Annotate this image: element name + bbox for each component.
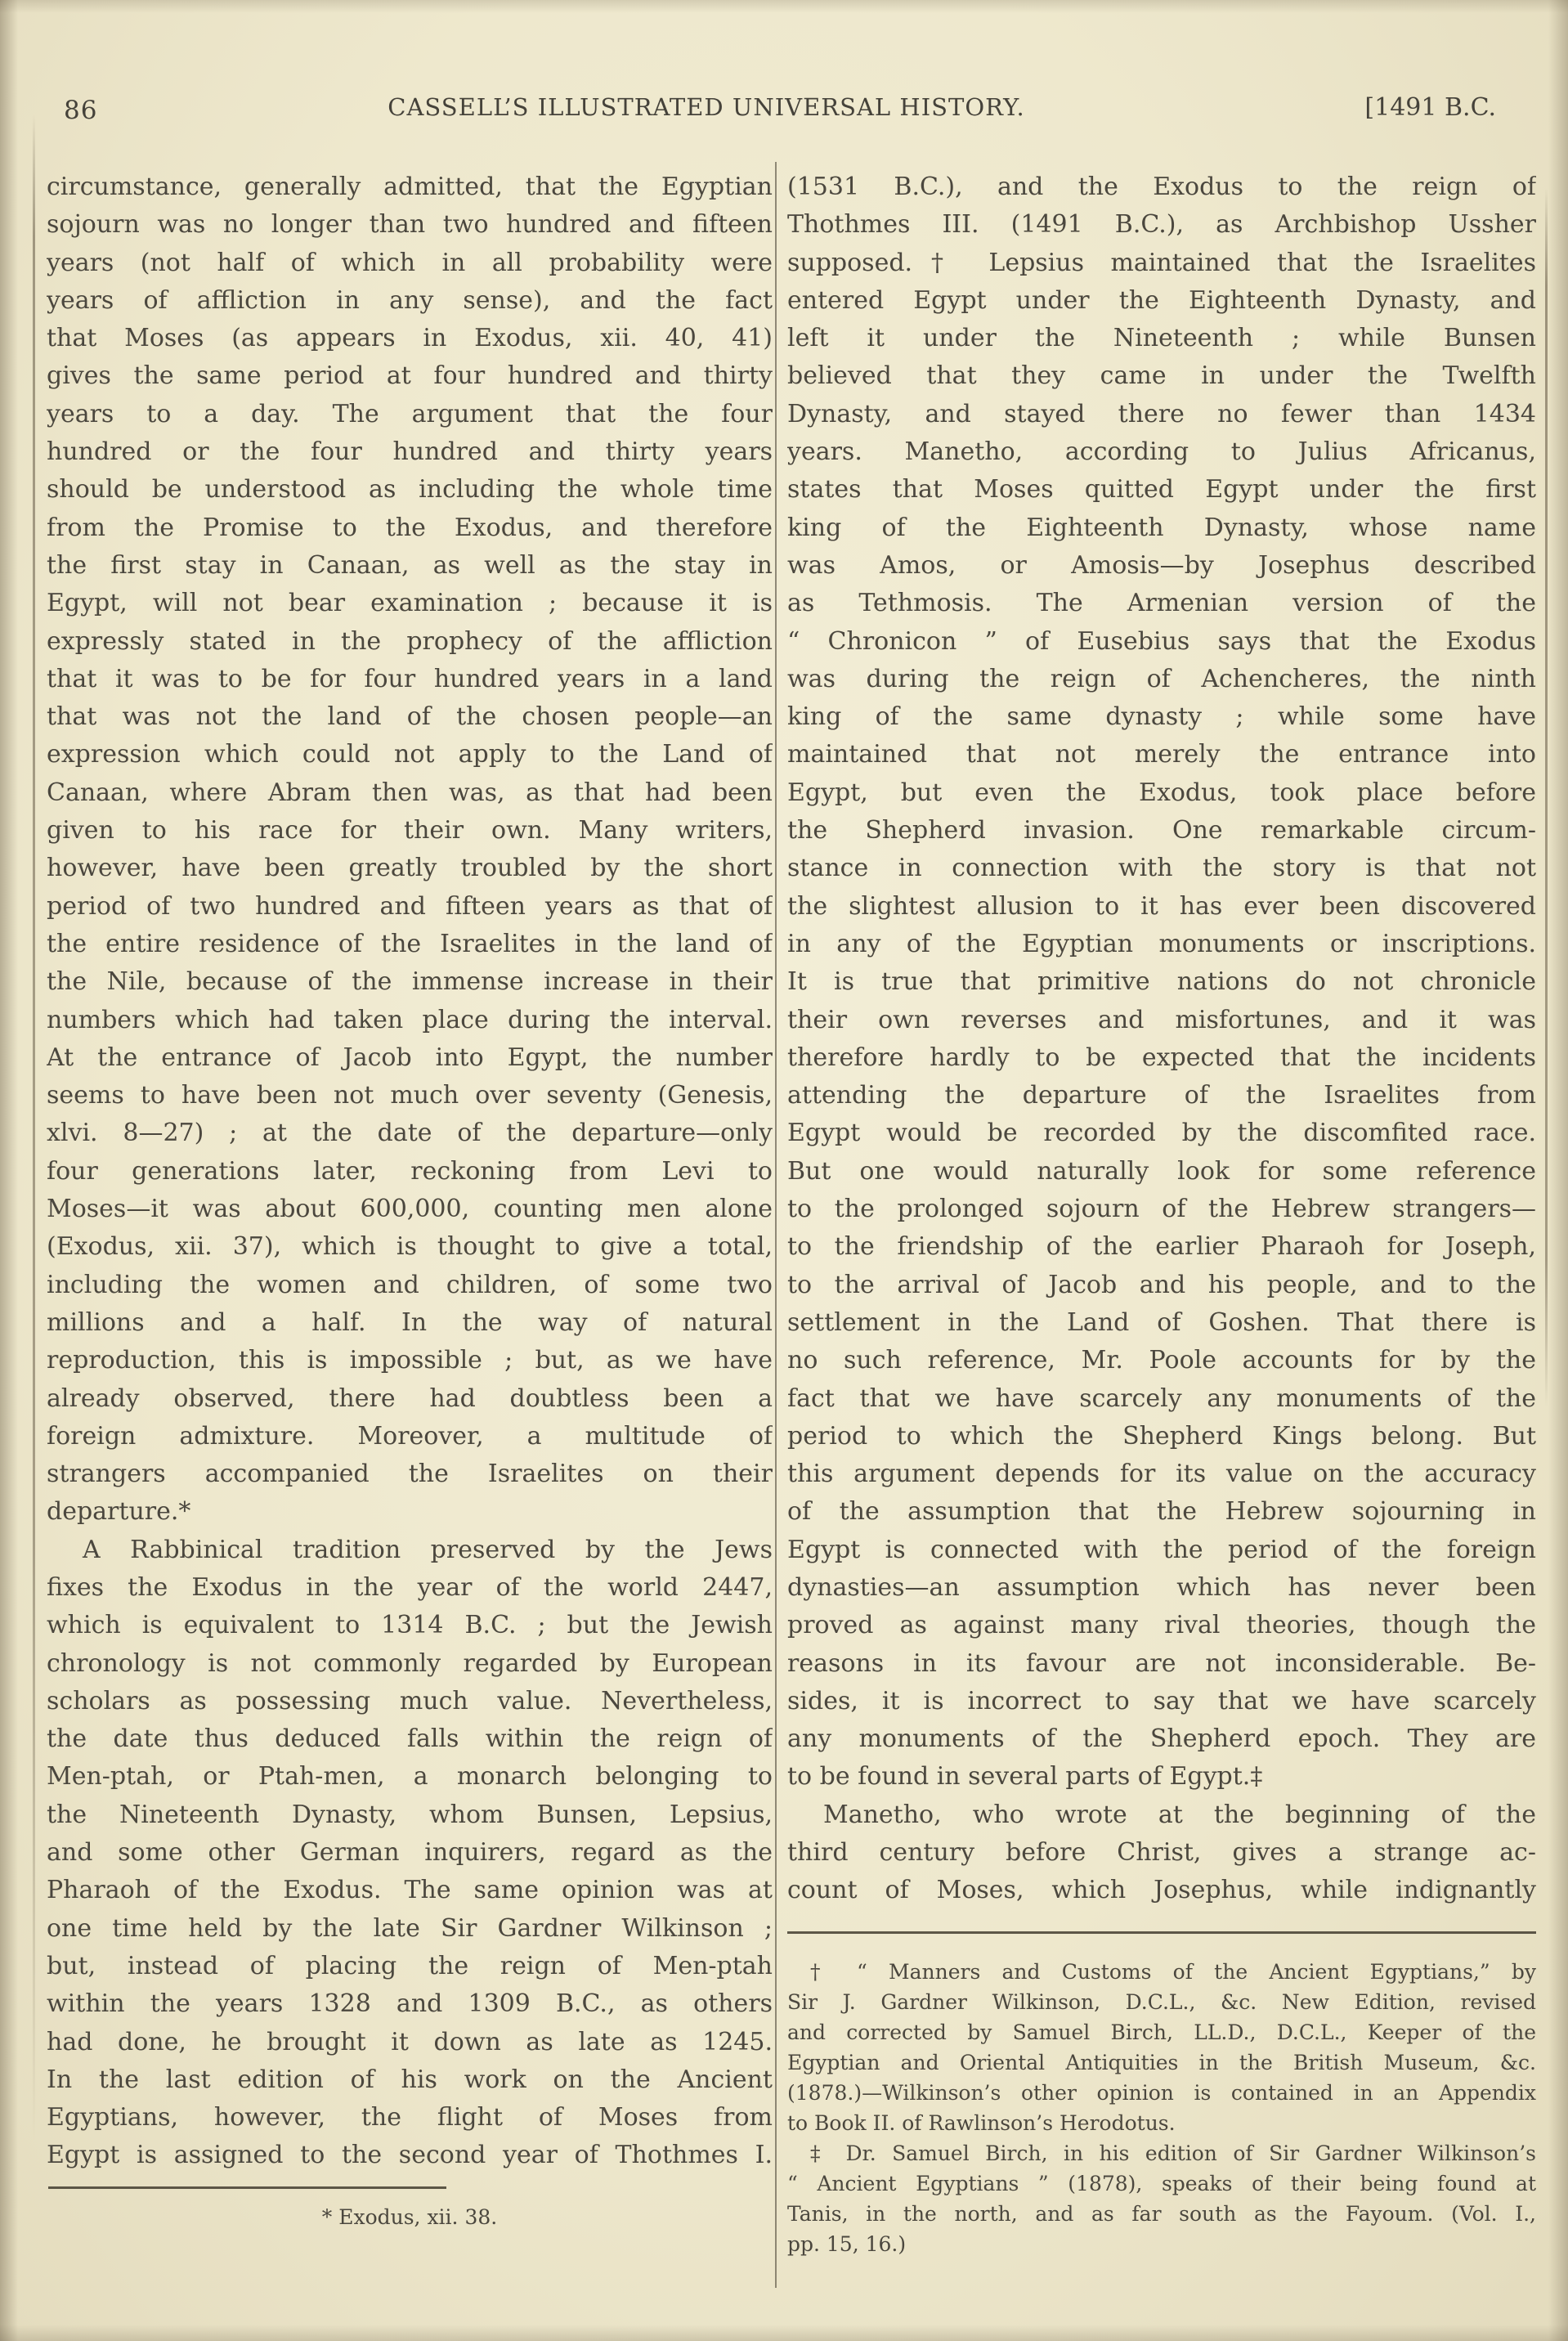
text-line: entered Egypt under the Eighteenth Dynas… (787, 282, 1536, 320)
text-line: Men-ptah, or Ptah-men, a monarch belongi… (47, 1758, 773, 1796)
footnote-line: and corrected by Samuel Birch, LL.D., D.… (787, 2017, 1536, 2047)
text-line: Egyptians, however, the flight of Moses … (47, 2099, 773, 2137)
running-header: 86 CASSELL’S ILLUSTRATED UNIVERSAL HISTO… (0, 92, 1568, 128)
page-right-edge-line (1545, 188, 1548, 1406)
left-footnote-rule (48, 2186, 446, 2189)
text-line: circumstance, generally admitted, that t… (47, 168, 773, 206)
column-divider-rule (775, 162, 777, 2288)
text-line: therefore hardly to be expected that the… (787, 1039, 1536, 1077)
text-line: Egypt is connected with the period of th… (787, 1532, 1536, 1569)
text-line: any monuments of the Shepherd epoch. The… (787, 1720, 1536, 1758)
text-line: supposed.† Lepsius maintained that the I… (787, 244, 1536, 282)
page-right-shadow (1548, 0, 1568, 2341)
page-left-shadow (0, 0, 18, 2341)
book-page: 86 CASSELL’S ILLUSTRATED UNIVERSAL HISTO… (0, 0, 1568, 2341)
text-line: fact that we have scarcely any monuments… (787, 1380, 1536, 1418)
text-line: attending the departure of the Israelite… (787, 1077, 1536, 1114)
text-line: Egypt is assigned to the second year of … (47, 2137, 773, 2174)
footnote-line: “ Ancient Egyptians ” (1878), speaks of … (787, 2168, 1536, 2199)
text-line: Dynasty, and stayed there no fewer than … (787, 396, 1536, 433)
text-line: to the arrival of Jacob and his people, … (787, 1267, 1536, 1304)
footnote-line: ‡ Dr. Samuel Birch, in his edition of Si… (787, 2138, 1536, 2168)
text-line: chronology is not commonly regarded by E… (47, 1645, 773, 1683)
text-line: fixes the Exodus in the year of the worl… (47, 1569, 773, 1607)
right-footnotes: † “ Manners and Customs of the Ancient E… (787, 1957, 1536, 2259)
text-line: period of two hundred and fifteen years … (47, 888, 773, 926)
text-line: But one would naturally look for some re… (787, 1153, 1536, 1191)
text-line: left it under the Nineteenth ; while Bun… (787, 320, 1536, 357)
text-line: four generations later, reckoning from L… (47, 1153, 773, 1191)
text-line: In the last edition of his work on the A… (47, 2061, 773, 2099)
text-line: numbers which had taken place during the… (47, 1002, 773, 1039)
text-line: years of affliction in any sense), and t… (47, 282, 773, 320)
text-line: the first stay in Canaan, as well as the… (47, 547, 773, 585)
text-line: reproduction, this is impossible ; but, … (47, 1342, 773, 1379)
text-line: millions and a half. In the way of natur… (47, 1304, 773, 1342)
text-line: scholars as possessing much value. Never… (47, 1683, 773, 1720)
text-line: the date thus deduced falls within the r… (47, 1720, 773, 1758)
footnote-line: Tanis, in the north, and as far south as… (787, 2199, 1536, 2229)
text-line: Thothmes III. (1491 B.C.), as Archbishop… (787, 206, 1536, 244)
text-line: strangers accompanied the Israelites on … (47, 1455, 773, 1493)
text-line: should be understood as including the wh… (47, 471, 773, 509)
header-date-marker: [1491 B.C. (1364, 93, 1496, 122)
text-line: stance in connection with the story is t… (787, 850, 1536, 887)
footnote-line: Sir J. Gardner Wilkinson, D.C.L., &c. Ne… (787, 1987, 1536, 2017)
text-line: At the entrance of Jacob into Egypt, the… (47, 1039, 773, 1077)
page-top-shadow (0, 0, 1568, 13)
text-line: and some other German inquirers, regard … (47, 1834, 773, 1872)
text-line: Moses—it was about 600,000, counting men… (47, 1191, 773, 1228)
right-column-text: (1531 B.C.), and the Exodus to the reign… (787, 168, 1536, 1910)
text-line: already observed, there had doubtless be… (47, 1380, 773, 1418)
footnote-line: Egyptian and Oriental Antiquities in the… (787, 2047, 1536, 2078)
text-line: dynasties—an assumption which has never … (787, 1569, 1536, 1607)
text-line: in any of the Egyptian monuments or insc… (787, 926, 1536, 963)
text-line: gives the same period at four hundred an… (47, 357, 773, 395)
text-line: their own reverses and misfortunes, and … (787, 1002, 1536, 1039)
text-line: of the assumption that the Hebrew sojour… (787, 1493, 1536, 1531)
text-line: the entire residence of the Israelites i… (47, 926, 773, 963)
text-line: king of the same dynasty ; while some ha… (787, 698, 1536, 736)
text-line: expressly stated in the prophecy of the … (47, 623, 773, 661)
text-line: the slightest allusion to it has ever be… (787, 888, 1536, 926)
text-line: Pharaoh of the Exodus. The same opinion … (47, 1872, 773, 1909)
text-line: It is true that primitive nations do not… (787, 963, 1536, 1001)
text-line: states that Moses quitted Egypt under th… (787, 471, 1536, 509)
text-line: Egypt would be recorded by the discomfit… (787, 1114, 1536, 1152)
text-line: as Tethmosis. The Armenian version of th… (787, 585, 1536, 622)
text-line: departure.* (47, 1493, 773, 1531)
footnote-line: pp. 15, 16.) (787, 2229, 1536, 2259)
text-line: to be found in several parts of Egypt.‡ (787, 1758, 1536, 1796)
text-line: king of the Eighteenth Dynasty, whose na… (787, 509, 1536, 547)
text-line: which is equivalent to 1314 B.C. ; but t… (47, 1607, 773, 1644)
text-line: the Shepherd invasion. One remarkable ci… (787, 812, 1536, 850)
page-title: CASSELL’S ILLUSTRATED UNIVERSAL HISTORY. (0, 93, 1413, 121)
footnote-line: to Book II. of Rawlinson’s Herodotus. (787, 2108, 1536, 2138)
left-column-text: circumstance, generally admitted, that t… (47, 168, 773, 2175)
text-line: A Rabbinical tradition preserved by the … (47, 1532, 773, 1569)
text-line: believed that they came in under the Twe… (787, 357, 1536, 395)
text-line: to the prolonged sojourn of the Hebrew s… (787, 1191, 1536, 1228)
gutter-fold-line (33, 114, 35, 2142)
text-line: from the Promise to the Exodus, and ther… (47, 509, 773, 547)
text-line: Egypt, but even the Exodus, took place b… (787, 774, 1536, 812)
text-line: including the women and children, of som… (47, 1267, 773, 1304)
page-bottom-shadow (0, 2325, 1568, 2341)
text-line: (Exodus, xii. 37), which is thought to g… (47, 1228, 773, 1266)
left-footnote: * Exodus, xii. 38. (47, 2202, 773, 2232)
text-line: years to a day. The argument that the fo… (47, 396, 773, 433)
text-line: Egypt, will not bear examination ; becau… (47, 585, 773, 622)
text-line: (1531 B.C.), and the Exodus to the reign… (787, 168, 1536, 206)
text-line: this argument depends for its value on t… (787, 1455, 1536, 1493)
text-line: that was not the land of the chosen peop… (47, 698, 773, 736)
text-line: reasons in its favour are not inconsider… (787, 1645, 1536, 1683)
text-line: no such reference, Mr. Poole accounts fo… (787, 1342, 1536, 1379)
text-line: within the years 1328 and 1309 B.C., as … (47, 1985, 773, 2023)
text-line: to the friendship of the earlier Pharaoh… (787, 1228, 1536, 1266)
text-line: sides, it is incorrect to say that we ha… (787, 1683, 1536, 1720)
text-line: settlement in the Land of Goshen. That t… (787, 1304, 1536, 1342)
text-line: that it was to be for four hundred years… (47, 661, 773, 698)
text-line: the Nineteenth Dynasty, whom Bunsen, Lep… (47, 1796, 773, 1834)
text-line: “ Chronicon ” of Eusebius says that the … (787, 623, 1536, 661)
text-line: Canaan, where Abram then was, as that ha… (47, 774, 773, 812)
text-line: one time held by the late Sir Gardner Wi… (47, 1910, 773, 1948)
text-line: was during the reign of Achencheres, the… (787, 661, 1536, 698)
text-line: given to his race for their own. Many wr… (47, 812, 773, 850)
text-line: expression which could not apply to the … (47, 736, 773, 774)
text-line: had done, he brought it down as late as … (47, 2024, 773, 2061)
text-line: years (not half of which in all probabil… (47, 244, 773, 282)
text-line: xlvi. 8—27) ; at the date of the departu… (47, 1114, 773, 1152)
right-column: (1531 B.C.), and the Exodus to the reign… (787, 168, 1536, 2259)
text-line: count of Moses, which Josephus, while in… (787, 1872, 1536, 1909)
text-line: seems to have been not much over seventy… (47, 1077, 773, 1114)
footnote-line: † “ Manners and Customs of the Ancient E… (787, 1957, 1536, 1987)
text-line: years. Manetho, according to Julius Afri… (787, 433, 1536, 471)
footnote-line: (1878.)—Wilkinson’s other opinion is con… (787, 2078, 1536, 2108)
text-line: sojourn was no longer than two hundred a… (47, 206, 773, 244)
text-line: maintained that not merely the entrance … (787, 736, 1536, 774)
text-line: Manetho, who wrote at the beginning of t… (787, 1796, 1536, 1834)
text-line: but, instead of placing the reign of Men… (47, 1948, 773, 1985)
text-line: that Moses (as appears in Exodus, xii. 4… (47, 320, 773, 357)
text-line: foreign admixture. Moreover, a multitude… (47, 1418, 773, 1455)
text-line: hundred or the four hundred and thirty y… (47, 433, 773, 471)
text-line: however, have been greatly troubled by t… (47, 850, 773, 887)
text-line: the Nile, because of the immense increas… (47, 963, 773, 1001)
text-line: third century before Christ, gives a str… (787, 1834, 1536, 1872)
text-line: proved as against many rival theories, t… (787, 1607, 1536, 1644)
text-line: period to which the Shepherd Kings belon… (787, 1418, 1536, 1455)
left-column: circumstance, generally admitted, that t… (47, 168, 773, 2232)
text-line: was Amos, or Amosis—by Josephus describe… (787, 547, 1536, 585)
right-footnote-rule (787, 1931, 1536, 1934)
